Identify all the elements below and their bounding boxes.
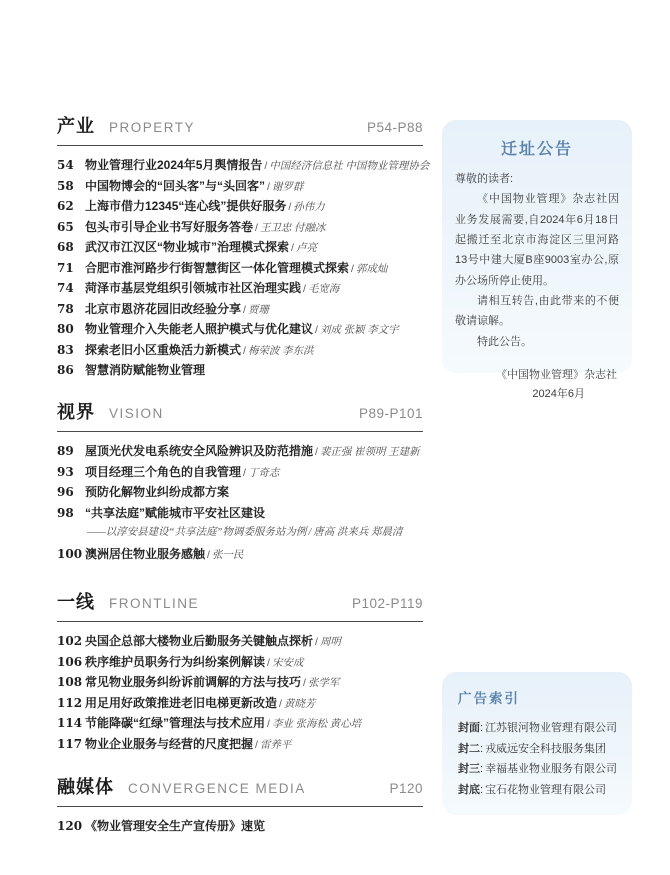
toc-item-authors: 丁奇志: [248, 468, 280, 479]
author-separator: /: [255, 739, 258, 751]
notice-paragraph: 《中国物业管理》杂志社因业务发展需要,自2024年6月18日起搬迁至北京市海淀区…: [455, 189, 619, 291]
toc-item-page-number: 65: [57, 217, 85, 238]
section-convergence-media: 融媒体CONVERGENCE MEDIAP120120《物业管理安全生产宣传册》…: [57, 773, 423, 837]
ad-entry-label: 封底: [458, 784, 480, 796]
author-separator: /: [267, 718, 270, 730]
section-header: 融媒体CONVERGENCE MEDIAP120: [57, 773, 423, 807]
toc-item: 78北京市恩济花园旧改经验分享/贾珊: [57, 299, 423, 320]
author-separator: /: [207, 549, 210, 561]
toc-item: 65包头市引导企业书写好服务答卷/王卫忠 付融冰: [57, 217, 423, 238]
toc-item-authors: 卢亮: [296, 243, 317, 254]
toc-item-title: 包头市引导企业书写好服务答卷: [85, 220, 253, 234]
toc-item-authors: 宋安成: [272, 658, 304, 669]
toc-item: 96预防化解物业纠纷成都方案: [57, 482, 423, 503]
toc-item-title: 《物业管理安全生产宣传册》速览: [85, 819, 265, 833]
author-separator: /: [351, 263, 354, 275]
toc-item-title: 物业管理行业2024年5月舆情报告: [85, 158, 262, 172]
toc-item: 114节能降碳“红绿”管理法与技术应用/李业 张海松 黄心培: [57, 713, 423, 734]
toc-item: 112用足用好政策推进老旧电梯更新改造/黄晓芳: [57, 693, 423, 714]
toc-item-page-number: 108: [57, 672, 85, 693]
author-separator: /: [291, 242, 294, 254]
toc-item-authors: 谢罗群: [272, 182, 304, 193]
ad-index-entry: 封二:戎威远安全科技服务集团: [458, 739, 616, 760]
toc-item-page-number: 83: [57, 340, 85, 361]
toc-item-title: 澳洲居住物业服务感触: [85, 547, 205, 561]
relocation-notice-signature: 《中国物业管理》杂志社: [455, 366, 619, 382]
notice-paragraph: 尊敬的读者:: [455, 169, 619, 189]
toc-item-page-number: 86: [57, 360, 85, 381]
toc-item-title: 中国物博会的“回头客”与“头回客”: [85, 179, 265, 193]
toc-item-authors: 李业 张海松 黄心培: [272, 719, 361, 730]
ad-entry-label: 封二: [458, 743, 480, 755]
toc-item: 54物业管理行业2024年5月舆情报告/中国经济信息社 中国物业管理协会: [57, 155, 423, 176]
toc-item: 93项目经理三个角色的自我管理/丁奇志: [57, 462, 423, 483]
toc-item-authors: 贾珊: [248, 305, 269, 316]
relocation-notice-box: 迁址公告 尊敬的读者:《中国物业管理》杂志社因业务发展需要,自2024年6月18…: [442, 120, 632, 373]
toc-item-title: 智慧消防赋能物业管理: [85, 363, 205, 377]
toc-item-page-number: 80: [57, 319, 85, 340]
section-title-zh: 产业: [57, 112, 95, 138]
ad-entry-colon: :: [480, 743, 483, 755]
toc-item: 86智慧消防赋能物业管理: [57, 360, 423, 381]
ad-index-entry: 封三:幸福基业物业服务有限公司: [458, 759, 616, 780]
toc-item-authors: 郭成灿: [356, 264, 388, 275]
section-page-range: P54-P88: [367, 120, 423, 135]
section-header: 一线FRONTLINEP102-P119: [57, 588, 423, 622]
section-title-zh: 一线: [57, 588, 95, 614]
toc-item-page-number: 89: [57, 441, 85, 462]
section-items: 54物业管理行业2024年5月舆情报告/中国经济信息社 中国物业管理协会58中国…: [57, 155, 423, 381]
toc-item-title: 用足用好政策推进老旧电梯更新改造: [85, 696, 277, 710]
ad-entry-company: 幸福基业物业服务有限公司: [485, 763, 617, 775]
toc-item-page-number: 54: [57, 155, 85, 176]
author-separator: /: [303, 677, 306, 689]
toc-item-authors: 王卫忠 付融冰: [260, 223, 326, 234]
toc-item-title: 常见物业服务纠纷诉前调解的方法与技巧: [85, 675, 301, 689]
toc-item-title: 合肥市淮河路步行街智慧街区一体化管理模式探索: [85, 261, 349, 275]
ad-entry-company: 宝石花物业管理有限公司: [485, 784, 606, 796]
toc-item-page-number: 112: [57, 693, 85, 714]
ad-index-title: 广告索引: [458, 687, 616, 707]
toc-item-title: 节能降碳“红绿”管理法与技术应用: [85, 716, 265, 730]
author-separator: /: [315, 636, 318, 648]
toc-item-title: 央国企总部大楼物业后勤服务关键触点探析: [85, 634, 313, 648]
section-header: 产业PROPERTYP54-P88: [57, 112, 423, 146]
author-separator: /: [243, 467, 246, 479]
author-separator: /: [267, 657, 270, 669]
toc-item-authors: 雷养平: [260, 740, 292, 751]
toc-item-page-number: 78: [57, 299, 85, 320]
author-separator: /: [315, 446, 318, 458]
toc-item: 117物业企业服务与经营的尺度把握/雷养平: [57, 734, 423, 755]
toc-item-title: 物业管理介入失能老人照护模式与优化建议: [85, 322, 313, 336]
relocation-notice-body: 尊敬的读者:《中国物业管理》杂志社因业务发展需要,自2024年6月18日起搬迁至…: [455, 169, 619, 352]
toc-item-title: “共享法庭”赋能城市平安社区建设: [85, 506, 265, 520]
ad-entry-colon: :: [480, 763, 483, 775]
toc-item: 71合肥市淮河路步行街智慧街区一体化管理模式探索/郭成灿: [57, 258, 423, 279]
ad-entry-label: 封三: [458, 763, 480, 775]
section-title-en: CONVERGENCE MEDIA: [128, 781, 306, 796]
toc-item-page-number: 120: [57, 816, 85, 837]
toc-item: 120《物业管理安全生产宣传册》速览: [57, 816, 423, 837]
author-separator: /: [267, 181, 270, 193]
section-frontline: 一线FRONTLINEP102-P119102央国企总部大楼物业后勤服务关键触点…: [57, 588, 423, 754]
section-items: 120《物业管理安全生产宣传册》速览: [57, 816, 423, 837]
toc-item: 80物业管理介入失能老人照护模式与优化建议/刘成 张颖 李文宇: [57, 319, 423, 340]
toc-item-page-number: 114: [57, 713, 85, 734]
toc-item-page-number: 106: [57, 652, 85, 673]
toc-item-authors: 黄晓芳: [284, 699, 316, 710]
toc-item-page-number: 117: [57, 734, 85, 755]
author-separator: /: [288, 201, 291, 213]
ad-index-entry: 封面:江苏银河物业管理有限公司: [458, 718, 616, 739]
section-items: 102央国企总部大楼物业后勤服务关键触点探析/周明106秩序维护员职务行为纠纷案…: [57, 631, 423, 754]
relocation-notice-date: 2024年6月: [455, 385, 619, 401]
author-separator: /: [264, 160, 267, 172]
toc-item-authors: 中国经济信息社 中国物业管理协会: [269, 161, 429, 172]
toc-item-page-number: 58: [57, 176, 85, 197]
author-separator: /: [303, 283, 306, 295]
toc-item-sub-authors: 唐高 洪来兵 郑晨清: [313, 527, 402, 538]
author-separator: /: [243, 304, 246, 316]
section-title-zh: 融媒体: [57, 773, 114, 799]
toc-item-title: 秩序维护员职务行为纠纷案例解读: [85, 655, 265, 669]
toc-item: 106秩序维护员职务行为纠纷案例解读/宋安成: [57, 652, 423, 673]
toc-item-authors: 张学军: [308, 678, 340, 689]
ad-entry-colon: :: [480, 722, 483, 734]
toc-item-title: 项目经理三个角色的自我管理: [85, 465, 241, 479]
toc-item-title: 菏泽市基层党组织引领城市社区治理实践: [85, 281, 301, 295]
toc-item-title: 预防化解物业纠纷成都方案: [85, 485, 229, 499]
section-header: 视界VISIONP89-P101: [57, 398, 423, 432]
ad-index-entry: 封底:宝石花物业管理有限公司: [458, 780, 616, 801]
ad-entry-colon: :: [480, 784, 483, 796]
section-page-range: P102-P119: [352, 596, 423, 611]
toc-item-title: 屋顶光伏发电系统安全风险辨识及防范措施: [85, 444, 313, 458]
toc-item-title: 探索老旧小区重焕活力新模式: [85, 343, 241, 357]
toc-item-page-number: 71: [57, 258, 85, 279]
toc-item: 83探索老旧小区重焕活力新模式/梅荣波 李东洪: [57, 340, 423, 361]
toc-item: 89屋顶光伏发电系统安全风险辨识及防范措施/裴正强 崔领明 王建新: [57, 441, 423, 462]
toc-item-page-number: 98: [57, 503, 85, 524]
author-separator: /: [279, 698, 282, 710]
section-title-en: PROPERTY: [109, 120, 195, 135]
toc-item-title: 武汉市江汉区“物业城市”治理模式探索: [85, 240, 289, 254]
toc-item: 62上海市借力12345“连心线”提供好服务/孙伟力: [57, 196, 423, 217]
toc-item-page-number: 93: [57, 462, 85, 483]
toc-item-authors: 张一民: [212, 550, 244, 561]
author-separator: /: [315, 324, 318, 336]
toc-item-subtitle: ——以淳安县建设“共享法庭”物调委服务站为例: [87, 527, 306, 538]
toc-item: 98“共享法庭”赋能城市平安社区建设: [57, 503, 423, 524]
notice-paragraph: 特此公告。: [455, 332, 619, 352]
toc-item: 58中国物博会的“回头客”与“头回客”/谢罗群: [57, 176, 423, 197]
toc-item: 102央国企总部大楼物业后勤服务关键触点探析/周明: [57, 631, 423, 652]
toc-item-page-number: 62: [57, 196, 85, 217]
author-separator: /: [308, 527, 311, 538]
section-page-range: P120: [389, 781, 423, 796]
section-title-en: VISION: [109, 406, 164, 421]
author-separator: /: [243, 345, 246, 357]
section-items: 89屋顶光伏发电系统安全风险辨识及防范措施/裴正强 崔领明 王建新93项目经理三…: [57, 441, 423, 564]
toc-item: 108常见物业服务纠纷诉前调解的方法与技巧/张学军: [57, 672, 423, 693]
section-title-zh: 视界: [57, 398, 95, 424]
author-separator: /: [255, 222, 258, 234]
toc-item-authors: 刘成 张颖 李文宇: [320, 325, 399, 336]
ad-entry-company: 江苏银河物业管理有限公司: [485, 722, 617, 734]
toc-item-page-number: 100: [57, 544, 85, 565]
toc-item-title: 物业企业服务与经营的尺度把握: [85, 737, 253, 751]
ad-index-entries: 封面:江苏银河物业管理有限公司封二:戎威远安全科技服务集团封三:幸福基业物业服务…: [458, 718, 616, 800]
ad-index-box: 广告索引 封面:江苏银河物业管理有限公司封二:戎威远安全科技服务集团封三:幸福基…: [442, 672, 632, 815]
section-page-range: P89-P101: [359, 406, 423, 421]
toc-item-title: 上海市借力12345“连心线”提供好服务: [85, 199, 286, 213]
magazine-toc-page: { "colors": { "accent_blue": "#5b82ab", …: [0, 0, 670, 875]
toc-item-authors: 孙伟力: [293, 202, 325, 213]
toc-item-page-number: 68: [57, 237, 85, 258]
toc-item: 74菏泽市基层党组织引领城市社区治理实践/毛宽海: [57, 278, 423, 299]
relocation-notice-title: 迁址公告: [455, 136, 619, 159]
toc-item-page-number: 96: [57, 482, 85, 503]
toc-item-authors: 裴正强 崔领明 王建新: [320, 447, 420, 458]
toc-item-authors: 毛宽海: [308, 284, 340, 295]
toc-item-authors: 梅荣波 李东洪: [248, 346, 314, 357]
toc-item-authors: 周明: [320, 637, 341, 648]
ad-entry-label: 封面: [458, 722, 480, 734]
toc-item: 68武汉市江汉区“物业城市”治理模式探索/卢亮: [57, 237, 423, 258]
toc-item-page-number: 102: [57, 631, 85, 652]
toc-item-page-number: 74: [57, 278, 85, 299]
section-property: 产业PROPERTYP54-P8854物业管理行业2024年5月舆情报告/中国经…: [57, 112, 423, 381]
toc-item-subtitle-row: ——以淳安县建设“共享法庭”物调委服务站为例/唐高 洪来兵 郑晨清: [87, 523, 423, 544]
toc-item: 100澳洲居住物业服务感触/张一民: [57, 544, 423, 565]
section-title-en: FRONTLINE: [109, 596, 199, 611]
section-vision: 视界VISIONP89-P10189屋顶光伏发电系统安全风险辨识及防范措施/裴正…: [57, 398, 423, 564]
ad-entry-company: 戎威远安全科技服务集团: [485, 743, 606, 755]
toc-item-title: 北京市恩济花园旧改经验分享: [85, 302, 241, 316]
notice-paragraph: 请相互转告,由此带来的不便敬请谅解。: [455, 291, 619, 332]
